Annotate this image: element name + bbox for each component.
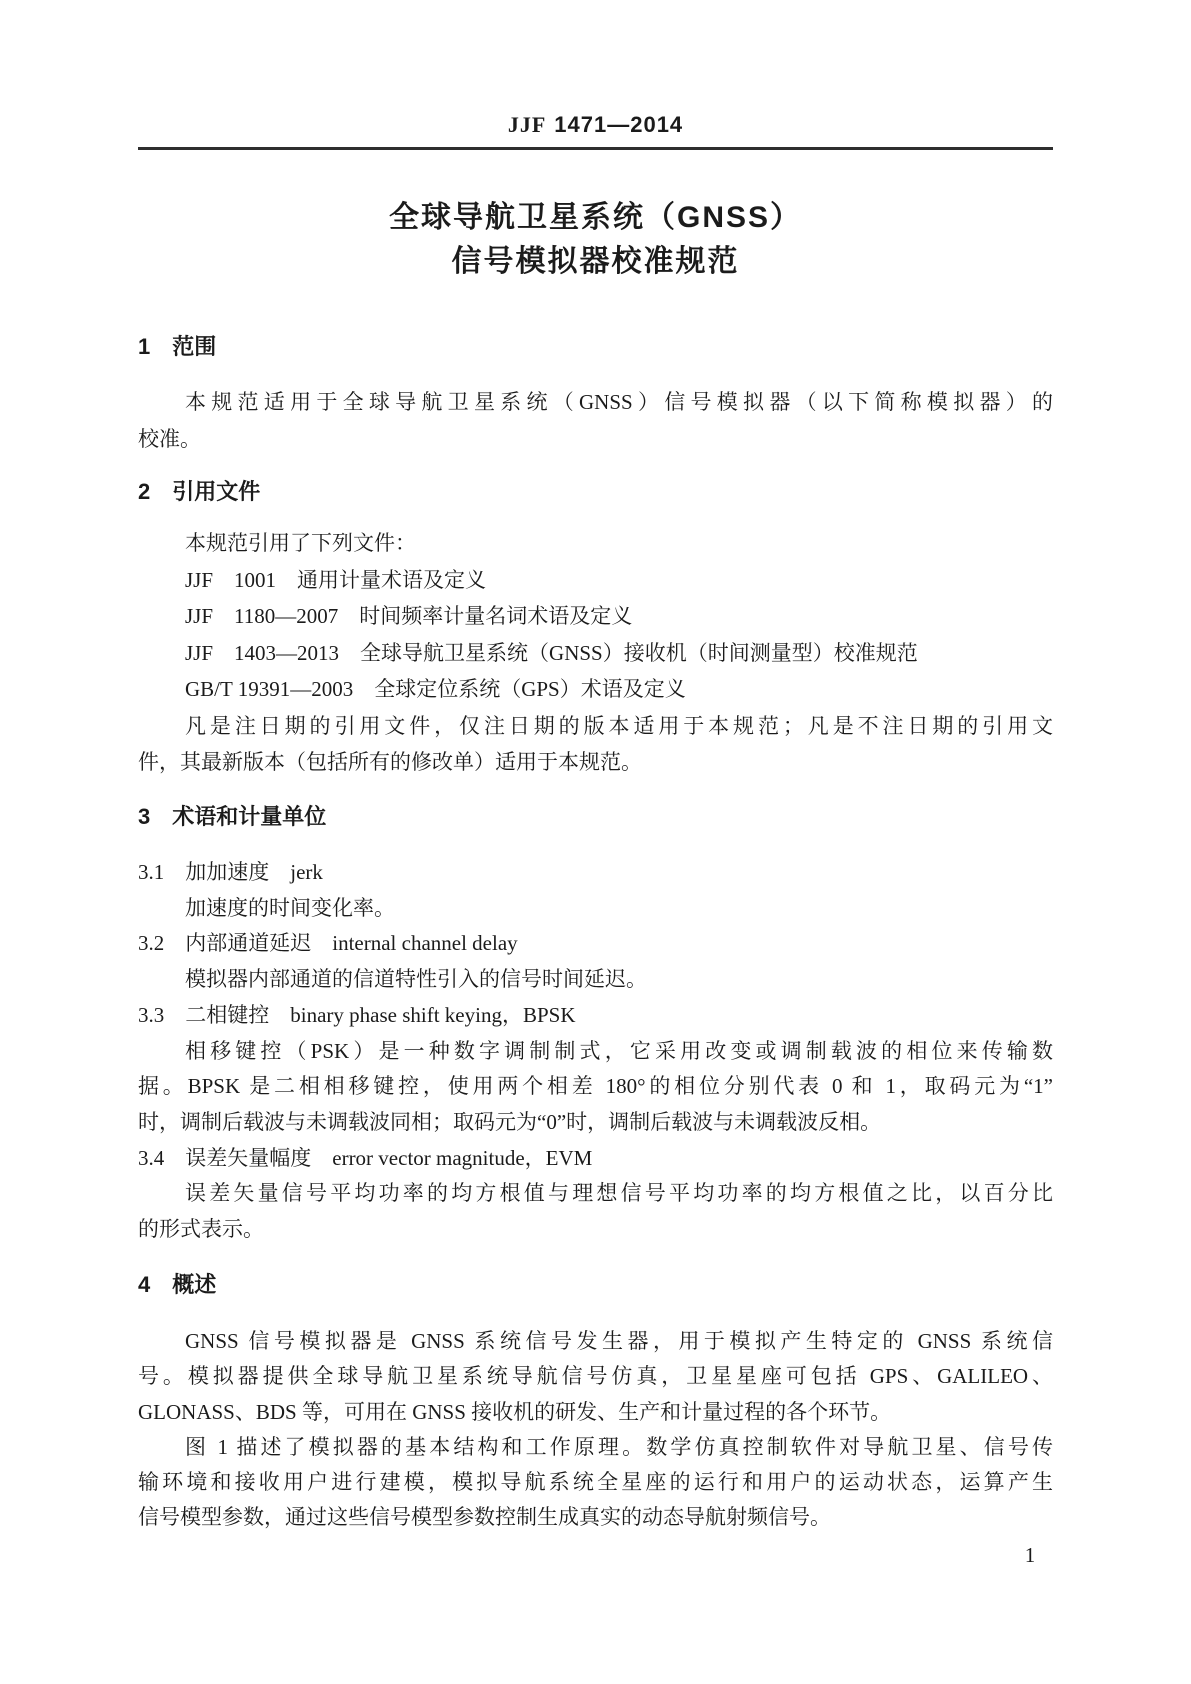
text-line: 模拟器内部通道的信道特性引入的信号时间延迟。 [138,962,1053,998]
text-line: 号。模拟器提供全球导航卫星系统导航信号仿真，卫星星座可包括 GPS、GALILE… [138,1359,1053,1394]
section-3-body: 3.1 加加速度 jerk加速度的时间变化率。3.2 内部通道延迟 intern… [138,855,1053,1248]
text-line: 3.4 误差矢量幅度 error vector magnitude，EVM [138,1141,1053,1177]
text-line: 3.1 加加速度 jerk [138,855,1053,891]
section-1-body: 本规范适用于全球导航卫星系统（GNSS）信号模拟器（以下简称模拟器）的校准。 [138,384,1053,457]
text-line: 加速度的时间变化率。 [138,891,1053,927]
text-line: GB/T 19391—2003 全球定位系统（GPS）术语及定义 [138,671,1053,708]
document-title-line2: 信号模拟器校准规范 [138,240,1053,284]
text-line: 校准。 [138,421,1053,458]
text-line: 本规范适用于全球导航卫星系统（GNSS）信号模拟器（以下简称模拟器）的 [138,384,1053,421]
text-line: JJF 1001 通用计量术语及定义 [138,562,1053,599]
section-2-body: 本规范引用了下列文件：JJF 1001 通用计量术语及定义JJF 1180—20… [138,525,1053,781]
text-line: 的形式表示。 [138,1212,1053,1248]
text-line: 件，其最新版本（包括所有的修改单）适用于本规范。 [138,744,1053,781]
section-4-body: GNSS 信号模拟器是 GNSS 系统信号发生器，用于模拟产生特定的 GNSS … [138,1324,1053,1536]
text-line: 凡是注日期的引用文件，仅注日期的版本适用于本规范；凡是不注日期的引用文 [138,708,1053,745]
text-line: 输环境和接收用户进行建模，模拟导航系统全星座的运行和用户的运动状态，运算产生 [138,1465,1053,1500]
standard-code-number: 1471—2014 [554,112,683,137]
page-number: 1 [1005,1542,1055,1568]
text-line: 图 1 描述了模拟器的基本结构和工作原理。数学仿真控制软件对导航卫星、信号传 [138,1430,1053,1465]
document-title: 全球导航卫星系统（GNSS） 信号模拟器校准规范 [138,196,1053,284]
document-title-line1: 全球导航卫星系统（GNSS） [138,196,1053,240]
text-line: GNSS 信号模拟器是 GNSS 系统信号发生器，用于模拟产生特定的 GNSS … [138,1324,1053,1359]
section-2-heading: 2 引用文件 [138,477,1053,507]
text-line: GLONASS、BDS 等，可用在 GNSS 接收机的研发、生产和计量过程的各个… [138,1395,1053,1430]
text-line: 误差矢量信号平均功率的均方根值与理想信号平均功率的均方根值之比，以百分比 [138,1176,1053,1212]
text-line: 时，调制后载波与未调载波同相；取码元为“0”时，调制后载波与未调载波反相。 [138,1105,1053,1141]
text-line: JJF 1180—2007 时间频率计量名词术语及定义 [138,598,1053,635]
text-line: 3.2 内部通道延迟 internal channel delay [138,926,1053,962]
text-line: 3.3 二相键控 binary phase shift keying，BPSK [138,998,1053,1034]
header-standard-code: JJF1471—2014 [138,112,1053,138]
section-4-heading: 4 概述 [138,1270,1053,1300]
text-line: 相移键控（PSK）是一种数字调制制式，它采用改变或调制载波的相位来传输数 [138,1034,1053,1070]
document-page: JJF1471—2014 全球导航卫星系统（GNSS） 信号模拟器校准规范 1 … [0,0,1191,1684]
standard-code-prefix: JJF [508,112,546,137]
text-line: 据。BPSK 是二相相移键控，使用两个相差 180°的相位分别代表 0 和 1，… [138,1069,1053,1105]
text-line: 信号模型参数，通过这些信号模型参数控制生成真实的动态导航射频信号。 [138,1500,1053,1535]
text-line: JJF 1403—2013 全球导航卫星系统（GNSS）接收机（时间测量型）校准… [138,635,1053,672]
section-1-heading: 1 范围 [138,332,1053,362]
section-3-heading: 3 术语和计量单位 [138,802,1053,832]
text-line: 本规范引用了下列文件： [138,525,1053,562]
header-rule [138,147,1053,150]
